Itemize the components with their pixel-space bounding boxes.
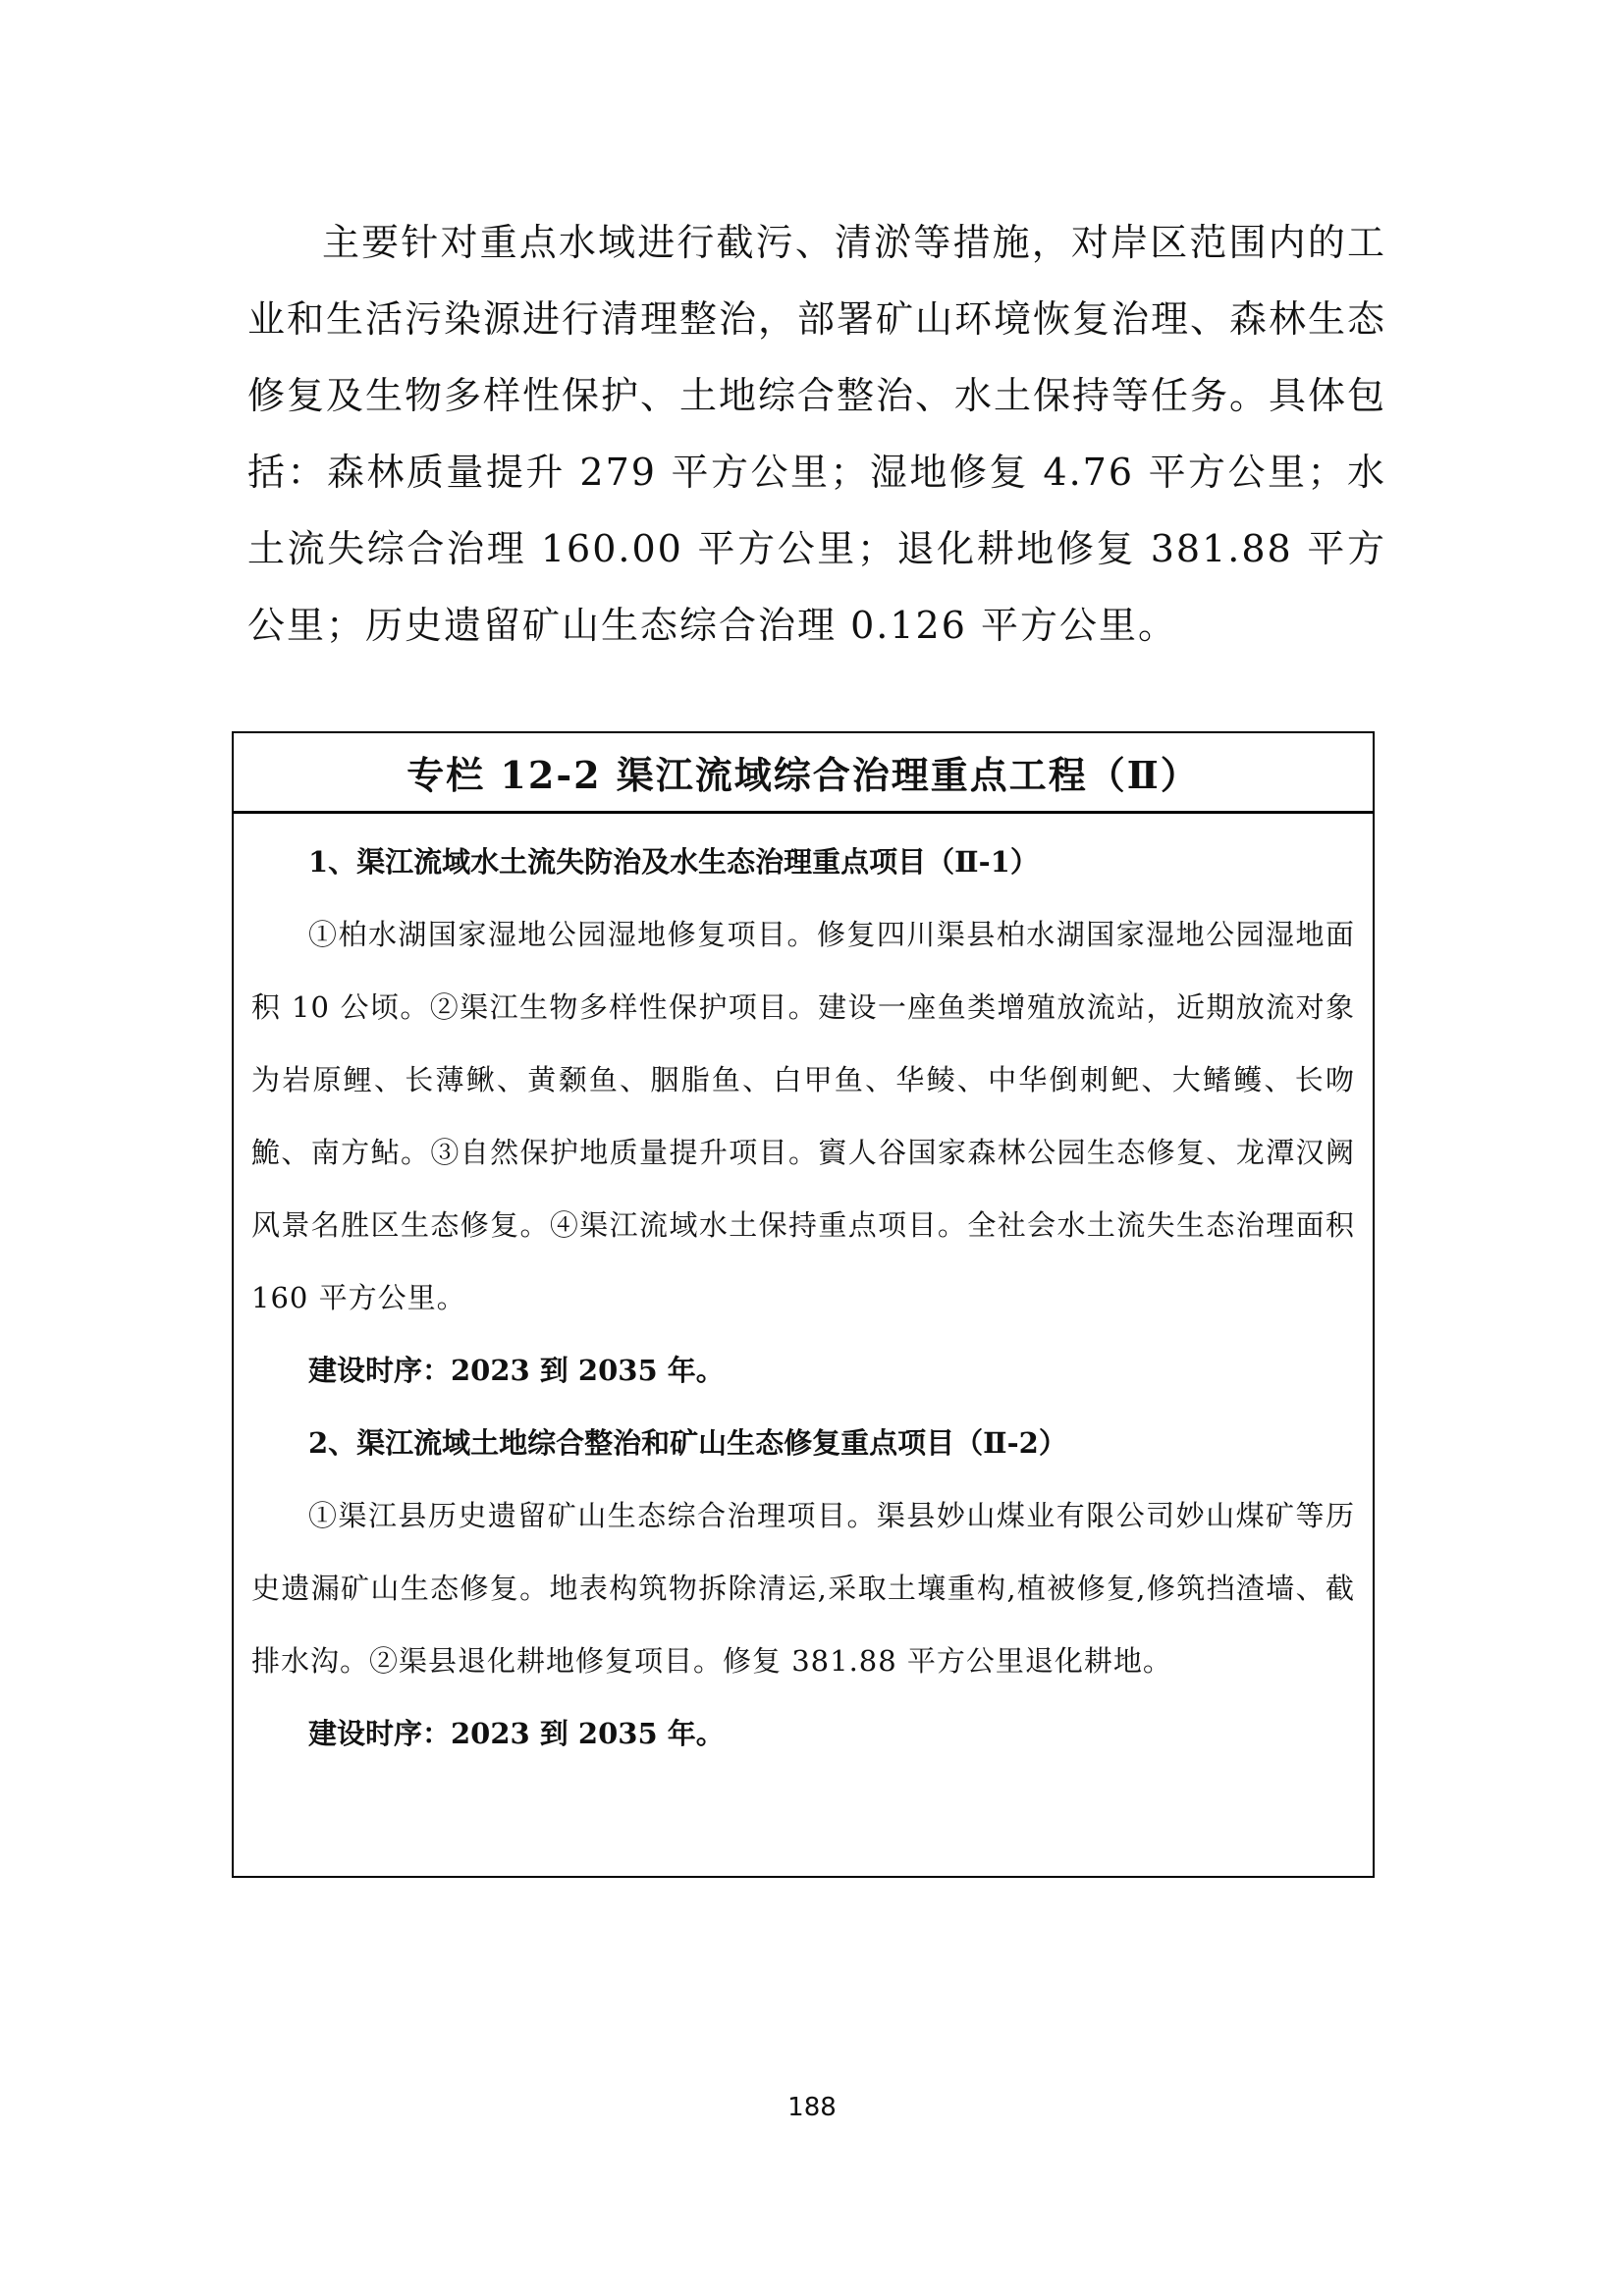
page-number: 188 xyxy=(0,2093,1624,2122)
box-title: 专栏 12-2 渠江流域综合治理重点工程（Ⅱ） xyxy=(234,733,1373,814)
box-body: 1、渠江流域水土流失防治及水生态治理重点项目（Ⅱ-1） ①柏水湖国家湿地公园湿地… xyxy=(234,814,1373,1770)
schedule-text: 建设时序：2023 到 2035 年。 xyxy=(251,1334,1355,1407)
intro-paragraph: 主要针对重点水域进行截污、清淤等措施，对岸区范围内的工业和生活污染源进行清理整治… xyxy=(247,204,1386,664)
feature-box: 专栏 12-2 渠江流域综合治理重点工程（Ⅱ） 1、渠江流域水土流失防治及水生态… xyxy=(232,731,1375,1878)
section-body: ①柏水湖国家湿地公园湿地修复项目。修复四川渠县柏水湖国家湿地公园湿地面积 10 … xyxy=(251,898,1355,1334)
section-heading: 2、渠江流域土地综合整治和矿山生态修复重点项目（Ⅱ-2） xyxy=(251,1407,1355,1479)
schedule-text: 建设时序：2023 到 2035 年。 xyxy=(251,1697,1355,1770)
section-body: ①渠江县历史遗留矿山生态综合治理项目。渠县妙山煤业有限公司妙山煤矿等历史遗漏矿山… xyxy=(251,1479,1355,1697)
section-heading: 1、渠江流域水土流失防治及水生态治理重点项目（Ⅱ-1） xyxy=(251,826,1355,898)
